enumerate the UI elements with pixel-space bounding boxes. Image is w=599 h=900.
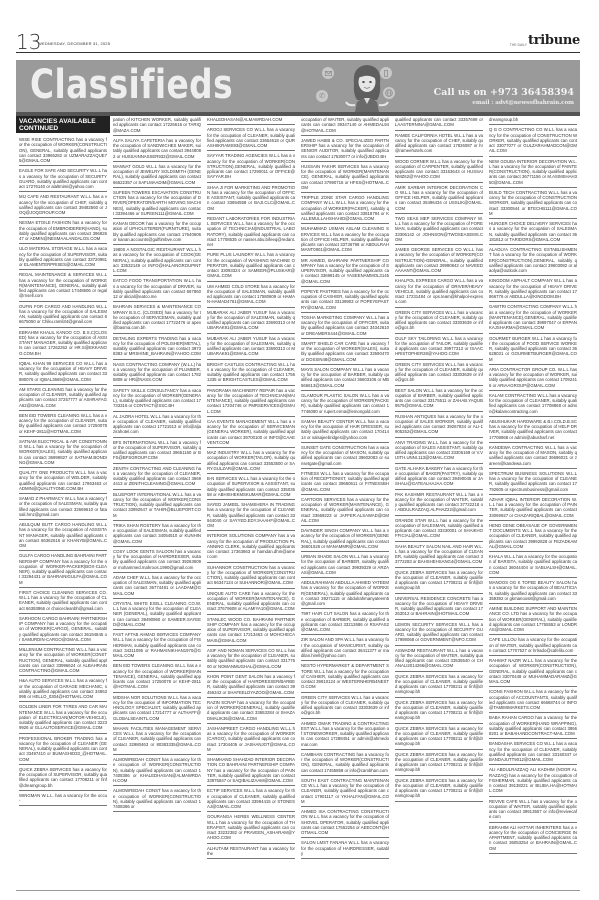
classified-ad: ALAOLYA CONTRACTING ESTABLISHMENT has a …: [489, 246, 577, 276]
classified-ad: QUICK ZEBRA SERVICES has a vacancy for t…: [395, 725, 483, 750]
classified-ad: SALON LMST FANANA W.L.L has a vacancy fo…: [301, 839, 389, 859]
advertiser-name: RAHMAT NAZIR W.L.L: [489, 658, 533, 663]
advertiser-name: DETAILING EXPERTS TRADING: [113, 336, 178, 341]
classified-ad: MAYS SALON COMPANY W.L.L has a vacancy f…: [301, 366, 389, 391]
advertiser-name: JASHANPREET CARGO HANDLING W.L.L: [207, 726, 291, 731]
cartoon-woman-illustration: [344, 62, 390, 112]
classified-ad: SAMAD Z PHARMACY W.L.L has a vacancy for…: [19, 495, 107, 520]
advertiser-name: QUICK ZEBRA SERVICES: [395, 570, 447, 575]
advertiser-name: ALHUTAIM RESTAURANT: [207, 846, 259, 851]
advertiser-name: WOOD CORNER W.L.L: [395, 159, 441, 164]
column-6: dreamgroup.bhQ G O CONTRACTING CO W.L.L …: [486, 116, 580, 890]
ad-text: has a vacancy for the occupation of WORK…: [19, 278, 107, 299]
classified-ad: AHMED OMAR TRADING & CONTRACTING EST W.L…: [301, 720, 389, 750]
classified-ad: OUFIN FOR CARGO AND HANDLING W.L.L has a…: [19, 303, 107, 328]
classified-ad: CAMBHAN CONTRACTING has a vacancy for th…: [301, 751, 389, 776]
classified-ad: BAHRAIN SERVICES & MAINTENANCE COMPANY B…: [113, 303, 201, 333]
advertiser-name: ALFA SALIYA CAFETERIA: [113, 138, 165, 143]
classified-ad: PANORAMA MACHINERY REPAIR has a vacancy …: [207, 387, 295, 417]
classified-ad: GATE ALHARA BAKERY has a vacancy for the…: [395, 465, 483, 490]
classified-ad: KHALEDHASAN@ALMAWRDAH.COM: [207, 116, 295, 125]
advertiser-name: UNIQUE AUTO CARE: [207, 591, 251, 596]
classified-ad: CAA EVENTS MANAGEMENT W.L.L has a vacanc…: [207, 418, 295, 448]
classified-ad: QUICK ZEBRA SERVICES has a vacancy for t…: [395, 673, 483, 698]
advertiser-name: BFS INTERNATIONAL W.L.L: [113, 440, 169, 445]
classifieds-banner: Classifieds ✆ Call us on +973 36458394 e…: [16, 60, 580, 112]
classified-ad: PAK KASHMIR RESTAURANT W.L.L has a vacan…: [395, 491, 483, 516]
classified-ad: Amine Building Support and Maintenance C…: [489, 605, 577, 635]
classified-ad: ZENITH CONTRACTING AND CLEANING has a va…: [113, 465, 201, 490]
advertiser-name: KANDEWA CONTRACTING W.L.L: [489, 445, 556, 450]
call-us-phone: Call us on +973 36458394: [434, 87, 574, 98]
classified-ad: DETAILING EXPERTS TRADING has a vacancy …: [113, 335, 201, 360]
classified-ad: GREEN CITY SERVICES W.L.L has a vacancy …: [395, 361, 483, 386]
classified-ad: COSY LOOK GENTS SALOON has a vacancy for…: [113, 548, 201, 573]
classified-ad: SATNAM ELECTRICAL & AIR CONDITIONING W.L…: [19, 438, 107, 468]
advertiser-name: AM STARS CLEANING: [19, 387, 64, 392]
classified-ad: MUHAMMAD USMAN ASLAM CLEANING SERVICES W…: [301, 225, 389, 255]
classified-ad: TOSHA MARKETING COMPANY W.L.L has a vaca…: [301, 314, 389, 339]
advertiser-name: ZENITH CONTRACTING AND CLEANING: [113, 466, 195, 471]
advertiser-name: BLUEPORT INTERNATIONAL W.L.L: [113, 492, 183, 497]
classified-ad: JAMES GEORGE SERVICES CO W.L.L has a vac…: [395, 246, 483, 276]
classified-ad: UNIVERSAL RESIDENCE CONCRETE has a vacan…: [395, 595, 483, 620]
classified-ad: URBAN SHADE SALON W.L.L has a vacancy fo…: [301, 553, 389, 578]
classified-ad: NASS CONTRACTING COMPANY (W.L.L) has a v…: [113, 361, 201, 386]
classified-ad: BABA RAHAN CARGO has a vacancy for the o…: [489, 714, 577, 739]
classified-ad: jawed habib & co. specialized partnershi…: [301, 137, 389, 162]
classified-ad: SAHA BEAUTY SALON NAIL AND HAIR W.L.L ha…: [395, 543, 483, 568]
classified-ad: manoos og k tofee beauty salon has a vac…: [489, 579, 577, 604]
advertiser-name: ASWADIM RESTAURANT W.L.L: [395, 648, 458, 653]
classified-ad: dreamgroup.bh: [489, 116, 577, 125]
classified-ad: 7997 HAIR CUT SALON has a vacancy for th…: [301, 610, 389, 635]
ad-text: has a vacancy for the occupation of DRIV…: [113, 195, 201, 216]
classified-ad: TRIPPLE ZONE STAR CARGO HANDLING COMPANY…: [301, 194, 389, 224]
classified-ad: SAMAH BEAUTY CENTER W.L.L has a vacancy …: [301, 418, 389, 443]
advertiser-name: MAYS SALON COMPANY W.L.L: [301, 367, 364, 372]
classified-ad: MAZ INDUSTRY W.L.L has a vacancy for the…: [207, 449, 295, 474]
classified-ad: EBRAHIM KHALIL KANOO CO. B.S.C(CLOSED) h…: [19, 329, 107, 359]
classified-ad: Almowredah Const has a vacancy for the o…: [113, 787, 201, 812]
classified-ad: BRIGHT CASTLES CONTRACTING W.L.L has a v…: [207, 361, 295, 386]
ad-text: has a vacancy for the occupation of CLEA…: [19, 595, 107, 611]
classified-ad: Glamour Plastic Salon W.L.L has a vacanc…: [301, 392, 389, 417]
advertiser-name: BRIGHT CASTLES CONTRACTING W.L.L: [207, 362, 289, 367]
advertiser-name: BEST SALON W.L.L: [395, 388, 434, 393]
advertiser-name: Q G O CONTRACTING CO W.L.L: [489, 127, 555, 132]
advertiser-name: ABDULRAHMAN ABDULLA AHMED YATEEM: [301, 580, 389, 585]
advertiser-name: BUILD TECH CONTRACTING W.L.L: [489, 190, 559, 195]
advertiser-name: QUICK ZEBRA SERVICES: [395, 752, 447, 757]
classified-ad: KHALPOL EXPRESS CARGO W.L.L has a vacanc…: [395, 277, 483, 307]
advertiser-name: PROFESSIONAL BROKER TRADING: [19, 736, 94, 741]
banner-title: Classifieds: [30, 62, 233, 108]
advertiser-name: BEN EID TOWERS CLEANING W.L.L: [19, 413, 92, 418]
classified-ad: NEW GOUBA INTERIOR DECORATION W.L.L has …: [489, 158, 577, 188]
advertiser-name: TRIKA SHAN ROSTERY: [113, 523, 161, 528]
advertiser-name: Almowredah Const: [113, 757, 161, 762]
masthead: 13 WEDNESDAY, DECEMBER 31, 2025 THE DAIL…: [16, 34, 580, 53]
advertiser-name: LEMON SECURITY SERVICES W.L.L: [395, 622, 470, 627]
classified-ad: ECTIP SERVICES W.L.L has a vacancy for t…: [207, 787, 295, 812]
advertiser-name: UM AHMED COLD STORE: [207, 284, 260, 289]
ad-text: has a vacancy for the occupation of ASSI…: [19, 527, 107, 548]
advertiser-name: CAA EVENTS MANAGEMENT W.L.L: [207, 419, 279, 424]
ad-text: has a vacancy for the occupation of THER…: [207, 820, 295, 841]
classified-ad: ABDULRAHMAN ABDULLA AHMED YATEEM has a v…: [301, 579, 389, 609]
ad-text: qualified applicants can contact 3335769…: [395, 117, 483, 127]
classified-ad: ABULQUM BUTT CARGO HANDLING W.L.L has a …: [19, 521, 107, 551]
classifieds-columns: VACANCIES AVAILABLE CONTINUED WISE RISE …: [16, 116, 580, 890]
column-4: occupation of WAITER, suitably qualified…: [298, 116, 392, 890]
ad-text: has a vacancy for the occupation of WORK…: [489, 252, 577, 273]
advertiser-name: manoos og k tofee beauty salon: [489, 580, 571, 585]
logo-prefix: THE DAILY: [510, 44, 527, 48]
classified-ad: EATCO Food Transportation W.L.L has a va…: [113, 277, 201, 302]
classified-ad: ARIA CONTRACTOR GROUP CO. W.L.L has a va…: [489, 366, 577, 391]
ad-text: has a vacancy for the occupation of CLEA…: [207, 507, 295, 528]
classified-ad: GRANDE STAR W.L.L has a vacancy for the …: [395, 517, 483, 542]
advertiser-name: SMART SHIELD CAR CARE: [301, 341, 357, 346]
advertiser-name: REVIVE CAFE W.L.L: [489, 799, 530, 804]
classified-ad: H&A AUTO SERVICES W.L.L has a vacancy fo…: [19, 677, 107, 702]
classified-ad: BEST SALON W.L.L has a vacancy for the o…: [395, 387, 483, 412]
classified-ad: TRIKA SHAN ROSTERY has a vacancy for the…: [113, 522, 201, 547]
classified-ad: sunset gate construction has a vacancy f…: [301, 444, 389, 469]
advertiser-name: ULO MATERIAL STORAGE W.L.L: [19, 246, 85, 251]
classified-ad: QUICK ZEBRA SERVICES has a vacancy for t…: [395, 569, 483, 594]
classified-ad: RAMEE CALIFORNIA HOTEL W.L.L has a vacan…: [395, 132, 483, 157]
classified-ad: KHON POINT GENT SALON has a vacancy for …: [207, 673, 295, 698]
classified-ad: RUSHAN ANTIQUES has a vacancy for the oc…: [395, 413, 483, 438]
classified-ad: AHMED ISA CONTRACTING CONSTRUCTION W.L.L…: [301, 808, 389, 838]
advertiser-name: UNIVERSAL RESIDENCE CONCRETE: [395, 596, 471, 601]
advertiser-name: PAK KASHMIR RESTAURANT W.L.L: [395, 492, 467, 497]
advertiser-name: EAGLE FOR SAFE AND SECURITY W.L.L: [19, 168, 101, 173]
ad-text: has a vacancy for the occupation of FORE…: [395, 221, 483, 242]
advertiser-name: KANAN DECOR: [113, 221, 145, 226]
advertiser-name: MIDSHA NOR SOLUTIONS W.L.L: [113, 695, 179, 700]
tribune-logo: THE DAILY tribune: [510, 33, 580, 48]
advert-email: email : advt@newsofbahrain.com: [472, 100, 574, 106]
advertiser-name: ABULQUM BUTT CARGO HANDLING W.L.L: [19, 522, 107, 527]
classified-ad: pation of KITCHEN WORKER, suitably quali…: [113, 116, 201, 136]
advertiser-name: IQBAL KHAN 99 SERVICES CO W.L.L: [19, 361, 95, 366]
classified-ad: UNIQUE AUTO CARE has a vacancy for the o…: [207, 590, 295, 615]
classified-ad: Crystal White Exell Cleaning Co.W.L.L ha…: [113, 600, 201, 630]
advertiser-name: MUBARAK ALI JABER YUSUF: [207, 310, 267, 315]
classified-ad: BUILD TECH CONTRACTING W.L.L has a vacan…: [489, 189, 577, 219]
classified-ad: SAFETY SKILLS CONSULTANCY has a vacancy …: [113, 387, 201, 412]
classified-ad: B-N SERVICES W.L.L has a vacancy for the…: [207, 475, 295, 500]
classified-ad: PROFESSIONAL BROKER TRADING has a vacanc…: [19, 735, 107, 765]
advertiser-name: GREEN CITY SERVICES W.L.L: [395, 310, 456, 315]
advertiser-name: INTERIOR SOLUTIONS COMPANY: [207, 533, 277, 538]
classified-ad: SOUTH EAST CONTRACTING MAINTENANCE W.L.L…: [301, 777, 389, 807]
classified-ad: AMIR SARBAR INTERIOR DECORATION CO W.L.L…: [395, 184, 483, 214]
classified-ad: NESTO HYPERMARKET & DEPARTMENT STORE W.L…: [301, 662, 389, 692]
classified-ad: AM STARS CLEANING has a vacancy for the …: [19, 386, 107, 411]
classified-ad: WINGMAN W.L.L. has a vacancy for the occ…: [19, 792, 107, 807]
classified-ad: Almowredah Const has a vacancy for the o…: [113, 756, 201, 786]
classified-ad: ASIF AND NOMAN SERVICES CO W.L.L has a v…: [207, 647, 295, 672]
classified-ad: AL JAZIRA HOTEL W.L.L has a vacancy for …: [113, 413, 201, 438]
classified-ad: REDANT LABORATORIES FOR INDUSTRIAL SERVI…: [207, 215, 295, 251]
advertiser-name: KALAM CONTRACTING W.L.L: [489, 393, 548, 398]
advertiser-name: H&A AUTO SERVICES W.L.L: [19, 678, 76, 683]
classified-ad: KANAN DECOR has a vacancy for the occupa…: [113, 220, 201, 245]
classified-ad: KALAM CONTRACTING W.L.L has a vacancy fo…: [489, 392, 577, 417]
advertiser-name: OUFIN FOR CARGO AND HANDLING W.L.L: [19, 304, 107, 309]
classified-ad: ABUSHUKAR HARDWARE & B.I.COLD.B.SC has a…: [489, 418, 577, 443]
classified-ad: UM AHMED COLD STORE has a vacancy for th…: [207, 283, 295, 308]
classified-ad: HUNGER CHOICE DELIVERY SERVICES has a va…: [489, 220, 577, 245]
advertiser-name: BANDASHA SERVICES CO W.L.L: [489, 741, 555, 746]
bottom-rule: [16, 890, 580, 891]
advertiser-name: PURE PLUS LAUNDRY W.L.L: [207, 252, 266, 257]
ad-text: has a vacancy for the occupation of SALE…: [19, 309, 107, 325]
advertiser-name: KINGDOM ASPHALT COMPANY W.L.L: [489, 278, 565, 283]
advertiser-name: ZIR SALON AND SPA W.L.L: [301, 637, 355, 642]
advertiser-name: Glamour Plastic Salon W.L.L: [301, 393, 371, 398]
classified-ad: EBRAHIM ALI HATTAR INHERITERS has a vaca…: [489, 824, 577, 854]
advertiser-name: QUICK ZEBRA SERVICES: [395, 674, 447, 679]
classified-ad: Hend Gene Obeasaue of government documen…: [489, 522, 577, 552]
classified-ad: MUBARAK ALI JABER YUSUF has a vacancy fo…: [207, 309, 295, 334]
ad-text: occupation of WAITER, suitably qualified…: [301, 117, 389, 133]
classified-ad: SHAMHAND SHAHZAD INTERIOR DECORATION CO …: [207, 756, 295, 786]
advertiser-name: QUICK ZEBRA SERVICES: [395, 726, 447, 731]
classified-ad: AROOJ SERVICES CO W.L.L has a vacancy fo…: [207, 126, 295, 151]
advertiser-name: KHALPOL EXPRESS CARGO W.L.L: [395, 278, 465, 283]
classified-ad: WISE RISE CONTRACTING has a vacancy for …: [19, 136, 107, 166]
classified-ad: QUICK ZEBRA SERVICES has a vacancy for t…: [19, 766, 107, 791]
advertiser-name: GRANDE STAR W.L.L: [395, 518, 439, 523]
classified-ad: AZHAR IQBAL INTERIOR DECORATION W.L.L ha…: [489, 496, 577, 521]
advertiser-name: EATCO Food Transportation W.L.L: [113, 278, 195, 283]
envelope-icon: [322, 67, 334, 79]
advertiser-name: AL JAZIRA HOTEL W.L.L: [113, 414, 161, 419]
classified-ad: ADAM CHEF W.L.L has a vacancy for the oc…: [113, 574, 201, 599]
classified-ad: GAWTRI CONTRACTING COMPANY W.L.L has a v…: [489, 303, 577, 333]
advertiser-name: QUICK ZEBRA SERVICES: [395, 778, 447, 783]
advertiser-name: Almowredah Const: [113, 788, 161, 793]
ad-text: has a vacancy for the occupation of CLEA…: [395, 549, 483, 565]
classified-ad: occupation of WAITER, suitably qualified…: [301, 116, 389, 136]
advertiser-name: GAWTRI CONTRACTING COMPANY W.L.L: [489, 304, 573, 309]
ad-text: has a vacancy for the occupation of PAIN…: [489, 502, 577, 518]
classified-ad: 1980S A NOSTALGIC RESTAURANT W.L.L has a…: [113, 246, 201, 276]
advertiser-name: ICONS FASHION W.L.L: [489, 689, 535, 694]
advertiser-name: GREEN CITY SERVICES W.L.L: [395, 362, 456, 367]
advertiser-name: GULF SKY TAILORING W.L.L: [395, 336, 453, 341]
ad-text: has a vacancy for the occupation of PAIN…: [489, 164, 577, 185]
advertiser-name: GOURMET BURGER W.L.L: [489, 336, 543, 341]
ad-text: dreamgroup.bh: [489, 117, 518, 122]
classified-ad: MIDSHA NOR SOLUTIONS W.L.L has a vacancy…: [113, 694, 201, 724]
ad-text: pation of KITCHEN WORKER, suitably quali…: [113, 117, 201, 133]
classified-ad: REVIVE CAFE W.L.L has a vacancy for the …: [489, 798, 577, 823]
advertiser-name: QUICK ZEBRA SERVICES: [395, 700, 447, 705]
classified-ad: MUBARAK ALI JABER YUSUF has a vacancy fo…: [207, 335, 295, 360]
classified-ad: First Choice Cleaning Services Co. W.L.L…: [19, 589, 107, 614]
classified-ad: RAHMAT NAZIR W.L.L has a vacancy for the…: [489, 657, 577, 687]
classified-ad: SPECTRUM BUSINESS SOLUTIONS W.L.L has a …: [489, 470, 577, 495]
advertiser-name: TOSHA MARKETING COMPANY W.L.L: [301, 315, 377, 320]
classified-ad: LEMON SECURITY SERVICES W.L.L has a vaca…: [395, 621, 483, 646]
advertiser-name: RAZIN SCRAP: [207, 700, 236, 705]
advertiser-name: WISE RISE CONTRACTING: [19, 137, 75, 142]
classified-ad: SUFEEN TOWERS EXCAVATION CONSTRUCTION ha…: [113, 189, 201, 219]
classified-ad: IQBAL KHAN 99 SERVICES CO W.L.L has a va…: [19, 360, 107, 385]
classified-ad: MAHAN FACILITIES MANAGEMENT SERVICES W.L…: [113, 725, 201, 755]
classified-ad: FAST AFTAB AHMAD SERVICES COMPANY W.L.L …: [113, 631, 201, 661]
advertiser-name: B-N SERVICES W.L.L: [207, 476, 249, 481]
advertiser-name: 7997 HAIR CUT SALON: [301, 611, 348, 616]
classified-ad: TWO SEAS MEP SERVICES COMPANY W.L.L has …: [395, 215, 483, 245]
classified-ad: GOURMET BURGER W.L.L has a vacancy for t…: [489, 335, 577, 365]
classified-ad: FITNESS W.L.L has a vacancy for the occu…: [301, 470, 389, 495]
classified-ad: BFS INTERNATIONAL W.L.L has a vacancy fo…: [113, 439, 201, 464]
classified-ad: SHAA JI FOR MARKETING AND PROMOTION has …: [207, 184, 295, 214]
advertiser-name: HUNGER CHOICE DELIVERY SERVICES: [489, 221, 571, 226]
advertiser-name: KHALA W.L.L: [489, 554, 515, 559]
classified-ad: NESMA ETOILE FASHION has a vacancy for t…: [19, 219, 107, 244]
classified-ad: Q G O CONTRACTING CO W.L.L has a vacancy…: [489, 126, 577, 156]
phone-icon: ✆: [316, 90, 328, 102]
ad-text: has a vacancy for the occupation of PAIN…: [207, 768, 295, 784]
advertiser-name: RAMEE CALIFORNIA HOTEL W.L.L: [395, 133, 465, 138]
classified-ad: Quality one products W.L.L has a vacancy…: [19, 469, 107, 494]
classified-ad: BLUEPORT INTERNATIONAL W.L.L has a vacan…: [113, 491, 201, 521]
classified-ad: DAVINDER SINGH COMPANY W.L.L has a vacan…: [301, 527, 389, 552]
advertiser-name: COSY LOOK GENTS SALOON: [113, 549, 174, 554]
classified-ad: CAFE LILLOU has a vacancy for the occupa…: [489, 636, 577, 656]
classified-ad: RAZIN SCRAP has a vacancy for the occupa…: [207, 699, 295, 724]
classified-ad: EAGLE FOR SAFE AND SECURITY W.L.L has a …: [19, 167, 107, 192]
ad-text: has a vacancy for the occupation of CLEA…: [113, 606, 201, 627]
classified-ad: ANVI TRADING W.L.L has a vacancy for the…: [395, 439, 483, 464]
advertiser-name: DAVINDER SINGH COMPANY W.L.L: [301, 528, 373, 533]
advertiser-name: BEN EID TOWERS CLEANING W.L.L: [113, 663, 186, 668]
classified-ad: PURE PLUS LAUNDRY W.L.L has a vacancy fo…: [207, 251, 295, 281]
column-3: KHALEDHASAN@ALMAWRDAH.COMAROOJ SERVICES …: [204, 116, 298, 890]
ad-text: KHALEDHASAN@ALMAWRDAH.COM: [207, 117, 282, 122]
classified-ad: GOLDEN LINER FOR TYRES AND CAR MAINTENAN…: [19, 703, 107, 733]
classified-ad: ICONS FASHION W.L.L has a vacancy for th…: [489, 688, 577, 713]
classified-ad: KINGDOM ASPHALT COMPANY W.L.L has a vaca…: [489, 277, 577, 302]
classified-ad: MIJ CAFE AND RESTAURANT W.L.L has a vaca…: [19, 193, 107, 218]
advertiser-name: QUICK ZEBRA SERVICES: [19, 767, 71, 772]
classified-ad: GOURANGA HERBS WELLNESS CENTER W.L.L has…: [207, 813, 295, 843]
classified-ad: QUICK ZEBRA SERVICES has a vacancy for t…: [395, 699, 483, 724]
advertiser-name: 1980S A NOSTALGIC RESTAURANT W.L.L: [113, 247, 197, 252]
advertiser-name: GREEN CITY SERVICES W.L.L: [301, 695, 362, 700]
advertiser-name: CAFE LILLOU: [489, 637, 517, 642]
advertiser-name: SAMAH BEAUTY CENTER W.L.L: [301, 419, 366, 424]
classified-ad: SMART SHIELD CAR CARE has a vacancy for …: [301, 340, 389, 365]
ad-text: has a vacancy for the occupation of OFFI…: [207, 190, 295, 211]
classified-ad: qualified applicants can contact 3335769…: [395, 116, 483, 131]
classified-ad: REGAL MAINTENANCE & SERVICES W.L.L has a…: [19, 271, 107, 301]
classified-ad: ALI ABDULRAZZAQ ALI KADHIM (NOOR ALRAZZA…: [489, 766, 577, 796]
advertiser-name: GATE ALHARA BAKERY: [395, 466, 443, 471]
classified-ad: QUICK ZEBRA SERVICES has a vacancy for t…: [395, 777, 483, 802]
advertiser-name: MUBARAK ALI JABER YUSUF: [207, 336, 267, 341]
advertiser-name: NASS CONTRACTING COMPANY (W.L.L): [113, 362, 195, 367]
classified-ad: SUHANNOR CONSTRUCTION has a vacancy for …: [207, 564, 295, 589]
advertiser-name: PANORAMA MACHINERY REPAIR: [207, 388, 275, 393]
advertiser-name: WINGMAN W.L.L.: [19, 793, 54, 798]
advertiser-name: CARTOON SERVICES: [301, 497, 345, 502]
classified-ad: ALFA SALIYA CAFETERIA has a vacancy for …: [113, 137, 201, 162]
classified-ad: WOOD CORNER W.L.L has a vacancy for the …: [395, 158, 483, 183]
advertiser-name: NESMA ETOILE FASHION: [19, 220, 71, 225]
advertiser-name: SALON LMST FANANA W.L.L: [301, 840, 359, 845]
advertiser-name: ECTIP SERVICES W.L.L: [207, 788, 255, 793]
classified-ad: Stanlec Wood Co. Bahraini Partnership Co…: [207, 616, 295, 646]
classified-ad: ALHUTAIM RESTAURANT has a vacancy for th…: [207, 845, 295, 860]
column-5: qualified applicants can contact 3335769…: [392, 116, 486, 890]
classified-ad: GULFA CARGO HANDLING BAHRAINI PARTNERSHI…: [19, 552, 107, 588]
advertiser-name: SAYED JAMEEL SHAMSHERA IN TRADING: [207, 502, 295, 507]
classified-ad: ULO MATERIAL STORAGE W.L.L has a vacancy…: [19, 245, 107, 270]
advertiser-name: MAZ INDUSTRY W.L.L: [207, 450, 252, 455]
column-1: VACANCIES AVAILABLE CONTINUED WISE RISE …: [16, 116, 110, 890]
classified-ad: HUSSAIN FAKHR SERVICES has a vacancy for…: [301, 163, 389, 193]
advertiser-name: Quality one products W.L.L: [19, 470, 86, 475]
advertiser-name: MIJ CAFE AND RESTAURANT W.L.L: [19, 194, 91, 199]
classified-ad: KHALA W.L.L has a vacancy for the occupa…: [489, 553, 577, 578]
advertiser-name: AROOJ SERVICES CO W.L.L: [207, 127, 265, 132]
advertiser-name: JAMES GEORGE SERVICES CO W.L.L: [395, 247, 474, 252]
classified-ad: SAYED JAMEEL SHAMSHERA IN TRADING has a …: [207, 501, 295, 531]
advertiser-name: FITNESS W.L.L: [301, 471, 331, 476]
classified-ad: ASWADIM RESTAURANT W.L.L has a vacancy f…: [395, 647, 483, 672]
classified-ad: MR AHMED, BAHRAINI PARTNERSHIP COMPANY h…: [301, 257, 389, 287]
classified-ad: BANDASHA SERVICES CO W.L.L has a vacancy…: [489, 740, 577, 765]
classified-ad: SARHOON CARGO BAHRAINI PARTNERSHIP COMPA…: [19, 615, 107, 645]
issue-date: WEDNESDAY, DECEMBER 31, 2025: [38, 41, 110, 46]
classified-ad: GREEN CITY SERVICES W.L.L has a vacancy …: [395, 309, 483, 334]
logo-wordmark: tribune: [528, 33, 580, 48]
advertiser-name: RUSHAN ANTIQUES: [395, 414, 436, 419]
advertiser-name: BABA RAHAN CARGO: [489, 715, 534, 720]
classified-ad: BEN EID TOWERS CLEANING W.L.L has a vaca…: [113, 662, 201, 692]
classified-ad: MILLENIUM CONTRACTING W.L.L has a vacanc…: [19, 646, 107, 676]
advertiser-name: ASIF AND NOMAN SERVICES CO W.L.L: [207, 648, 287, 653]
advertiser-name: HUSSAIN FAKHR SERVICES: [301, 164, 359, 169]
classified-ad: SAYYAR TRADING AGENCIES W.L.L has a vaca…: [207, 152, 295, 182]
advertiser-name: SAYYAR TRADING AGENCIES W.L.L: [207, 153, 280, 158]
ad-text: has a vacancy for the occupation of FISH…: [113, 637, 201, 658]
advertiser-name: SPECTRUM BUSINESS SOLUTIONS W.L.L: [489, 471, 577, 476]
advertiser-name: CAMBHAN CONTRACTING: [301, 752, 355, 757]
advertiser-name: EBRAHIM ALI HATTAR INHERITERS: [489, 825, 561, 830]
classified-ad: QUICK ZEBRA SERVICES has a vacancy for t…: [395, 751, 483, 776]
classified-ad: CARTOON SERVICES has a vacancy for the o…: [301, 496, 389, 526]
advertiser-name: MANNAT GOLD W.L.L: [113, 164, 157, 169]
advertiser-name: ARIA CONTRACTOR GROUP CO. W.L.L: [489, 367, 569, 372]
column-2: pation of KITCHEN WORKER, suitably quali…: [110, 116, 204, 890]
classified-ad: GREEN CITY SERVICES W.L.L has a vacancy …: [301, 694, 389, 719]
classified-ad: KANDEWA CONTRACTING W.L.L has a vacancy …: [489, 444, 577, 469]
ad-text: has a vacancy for the occupation of WORK…: [301, 585, 389, 606]
advertiser-name: ABUSHUKAR HARDWARE & B.I.COLD.B.SC: [489, 419, 577, 424]
advertiser-name: POPEYE PASTRIES: [301, 289, 341, 294]
advertiser-name: SAFETY SKILLS CONSULTANCY: [113, 388, 179, 393]
